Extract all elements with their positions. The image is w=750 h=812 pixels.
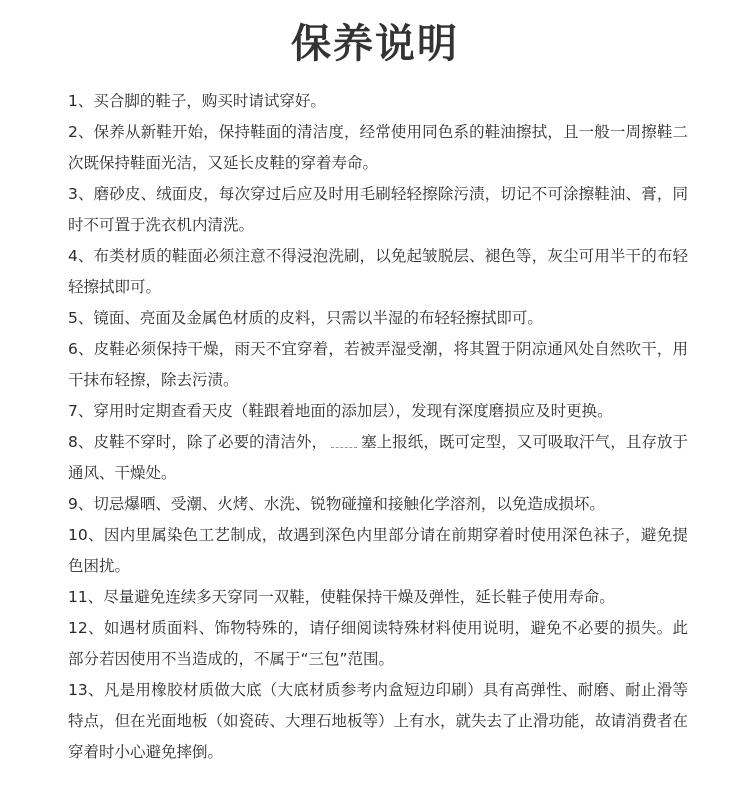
- instruction-item-10: 10、因内里属染色工艺制成，故遇到深色内里部分请在前期穿着时使用深色袜子，避免提…: [68, 520, 688, 582]
- instruction-item-12: 12、如遇材质面料、饰物特殊的，请仔细阅读特殊材料使用说明，避免不必要的损失。此…: [68, 613, 688, 675]
- instruction-item-8: 8、皮鞋不穿时，除了必要的清洁外，塞上报纸，既可定型，又可吸取汗气，且存放于通风…: [68, 427, 688, 489]
- instruction-item-4: 4、布类材质的鞋面必须注意不得浸泡洗刷，以免起皱脱层、褪色等，灰尘可用半干的布轻…: [68, 241, 688, 303]
- instruction-item-6: 6、皮鞋必须保持干燥，雨天不宜穿着，若被弄湿受潮，将其置于阴凉通风处自然吹干，用…: [68, 334, 688, 396]
- instruction-item-5: 5、镜面、亮面及金属色材质的皮料，只需以半湿的布轻轻擦拭即可。: [68, 303, 688, 334]
- instruction-item-1: 1、买合脚的鞋子，购买时请试穿好。: [68, 86, 688, 117]
- instruction-item-13: 13、凡是用橡胶材质做大底（大底材质参考内盒短边印刷）具有高弹性、耐磨、耐止滑等…: [68, 675, 688, 768]
- instruction-item-7: 7、穿用时定期查看天皮（鞋跟着地面的添加层），发现有深度磨损应及时更换。: [68, 396, 688, 427]
- instruction-item-3: 3、磨砂皮、绒面皮，每次穿过后应及时用毛刷轻轻擦除污渍，切记不可涂擦鞋油、膏，同…: [68, 179, 688, 241]
- instruction-item-8-part-1: 8、皮鞋不穿时，除了必要的清洁外，: [68, 433, 327, 451]
- instruction-item-9: 9、切忌爆晒、受潮、火烤、水洗、锐物碰撞和接触化学溶剂，以免造成损坏。: [68, 489, 688, 520]
- page-title: 保养说明: [0, 16, 750, 72]
- care-instructions-list: 1、买合脚的鞋子，购买时请试穿好。 2、保养从新鞋开始，保持鞋面的清洁度，经常使…: [68, 86, 688, 768]
- text-artifact: [331, 437, 357, 448]
- instruction-item-2: 2、保养从新鞋开始，保持鞋面的清洁度，经常使用同色系的鞋油擦拭，且一般一周擦鞋二…: [68, 117, 688, 179]
- instruction-item-11: 11、尽量避免连续多天穿同一双鞋，使鞋保持干燥及弹性，延长鞋子使用寿命。: [68, 582, 688, 613]
